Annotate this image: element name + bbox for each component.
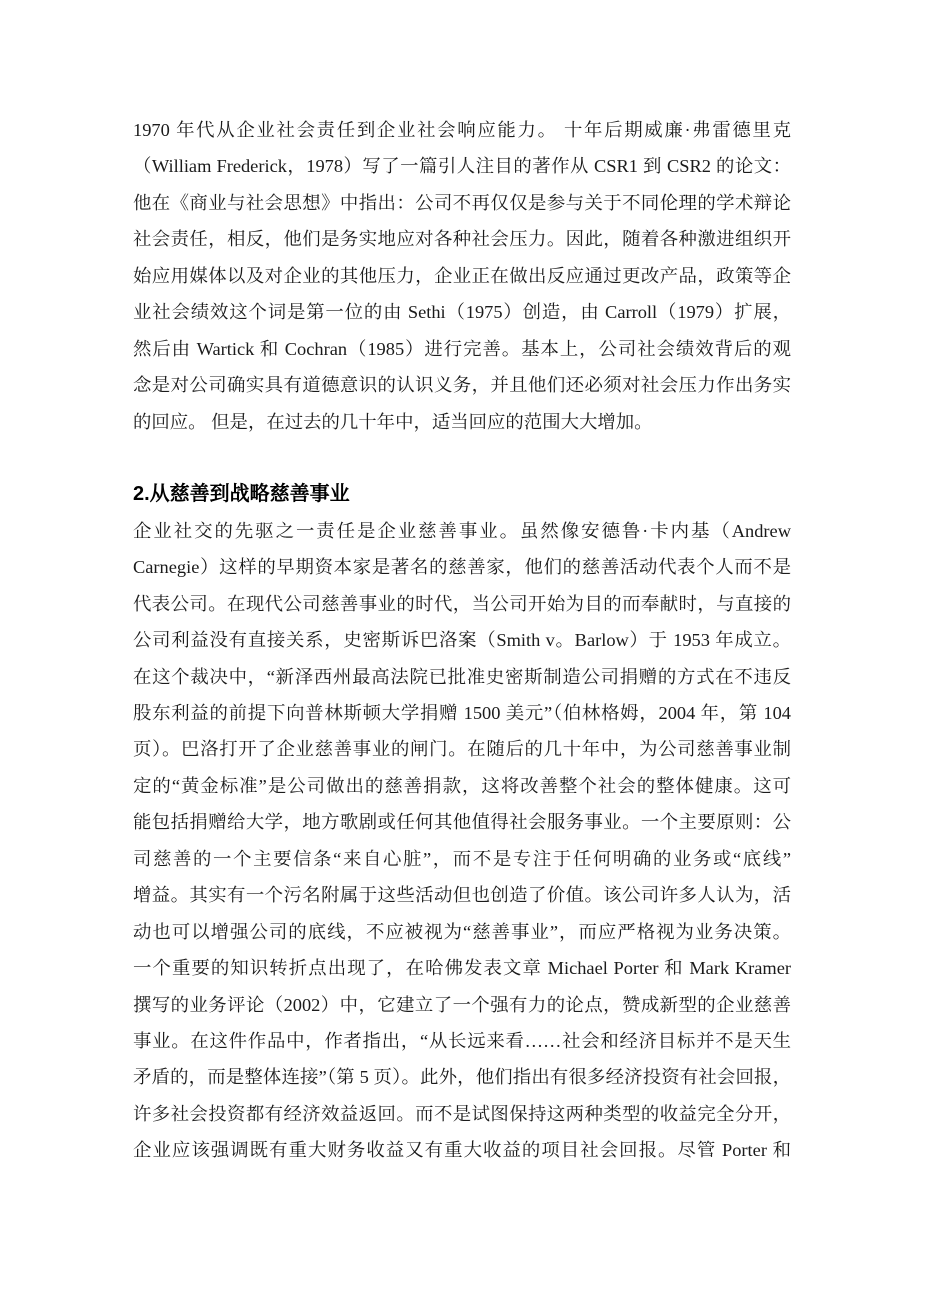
text-line: 定的“黄金标准”是公司做出的慈善捐款，这将改善整个社会的整体健康。这可 — [133, 768, 791, 804]
text-line: Carnegie）这样的早期资本家是著名的慈善家，他们的慈善活动代表个人而不是 — [133, 549, 791, 585]
text-line: 始应用媒体以及对企业的其他压力，企业正在做出反应通过更改产品，政策等企 — [133, 258, 791, 294]
text-line: 企业社交的先驱之一责任是企业慈善事业。虽然像安德鲁·卡内基（Andrew — [133, 513, 791, 549]
text-line: 页）。巴洛打开了企业慈善事业的闸门。在随后的几十年中，为公司慈善事业制 — [133, 731, 791, 767]
text-line: 股东利益的前提下向普林斯顿大学捐赠 1500 美元”（伯林格姆，2004 年，第… — [133, 695, 791, 731]
paragraph-csr-responsiveness: 1970 年代从企业社会责任到企业社会响应能力。 十年后期威廉·弗雷德里克（Wi… — [133, 112, 791, 440]
paragraph-break — [133, 440, 791, 476]
text-line: 社会责任，相反，他们是务实地应对各种社会压力。因此，随着各种激进组织开 — [133, 221, 791, 257]
text-line: 业社会绩效这个词是第一位的由 Sethi（1975）创造，由 Carroll（1… — [133, 294, 791, 330]
text-line: 一个重要的知识转折点出现了，在哈佛发表文章 Michael Porter 和 M… — [133, 950, 791, 986]
text-line: 1970 年代从企业社会责任到企业社会响应能力。 十年后期威廉·弗雷德里克 — [133, 112, 791, 148]
paragraph-strategic-philanthropy: 企业社交的先驱之一责任是企业慈善事业。虽然像安德鲁·卡内基（AndrewCarn… — [133, 513, 791, 1169]
text-block: 1970 年代从企业社会责任到企业社会响应能力。 十年后期威廉·弗雷德里克（Wi… — [133, 112, 791, 1169]
text-line: 司慈善的一个主要信条“来自心脏”，而不是专注于任何明确的业务或“底线” — [133, 841, 791, 877]
text-line: （William Frederick，1978）写了一篇引人注目的著作从 CSR… — [133, 148, 791, 184]
text-line: 他在《商业与社会思想》中指出：公司不再仅仅是参与关于不同伦理的学术辩论 — [133, 185, 791, 221]
text-line: 增益。其实有一个污名附属于这些活动但也创造了价值。该公司许多人认为，活 — [133, 877, 791, 913]
text-line: 矛盾的，而是整体连接”（第 5 页）。此外，他们指出有很多经济投资有社会回报， — [133, 1059, 791, 1095]
text-line: 然后由 Wartick 和 Cochran（1985）进行完善。基本上，公司社会… — [133, 331, 791, 367]
text-line: 撰写的业务评论（2002）中，它建立了一个强有力的论点，赞成新型的企业慈善 — [133, 987, 791, 1023]
text-line: 念是对公司确实具有道德意识的认识义务，并且他们还必须对社会压力作出务实 — [133, 367, 791, 403]
text-line: 的回应。 但是，在过去的几十年中，适当回应的范围大大增加。 — [133, 404, 791, 440]
text-line: 许多社会投资都有经济效益返回。而不是试图保持这两种类型的收益完全分开， — [133, 1096, 791, 1132]
text-line: 能包括捐赠给大学，地方歌剧或任何其他值得社会服务事业。一个主要原则：公 — [133, 804, 791, 840]
document-page: 1970 年代从企业社会责任到企业社会响应能力。 十年后期威廉·弗雷德里克（Wi… — [0, 0, 926, 1309]
text-line: 公司利益没有直接关系，史密斯诉巴洛案（Smith v。Barlow）于 1953… — [133, 622, 791, 658]
text-line: 在这个裁决中，“新泽西州最高法院已批准史密斯制造公司捐赠的方式在不违反 — [133, 659, 791, 695]
text-line: 企业应该强调既有重大财务收益又有重大收益的项目社会回报。尽管 Porter 和 — [133, 1132, 791, 1168]
text-line: 事业。在这件作品中，作者指出，“从长远来看……社会和经济目标并不是天生 — [133, 1023, 791, 1059]
text-line: 动也可以增强公司的底线，不应被视为“慈善事业”，而应严格视为业务决策。 — [133, 914, 791, 950]
section-heading: 2.从慈善到战略慈善事业 — [133, 476, 791, 512]
text-line: 代表公司。在现代公司慈善事业的时代，当公司开始为目的而奉献时，与直接的 — [133, 586, 791, 622]
